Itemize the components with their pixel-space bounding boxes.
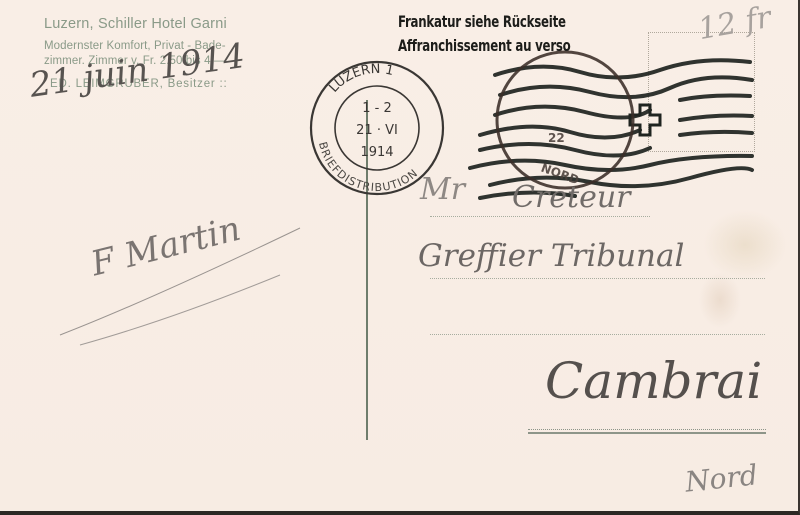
svg-text:LUZERN 1: LUZERN 1 [327,62,396,96]
postcard-back: Luzern, Schiller Hotel Garni Modernster … [0,0,800,515]
svg-text:1914: 1914 [360,145,393,160]
recipient-name: Creteur [512,180,631,215]
recipient-title: Greffier Tribunal [418,238,684,274]
french-postmark: 22 NORD [497,52,633,188]
handwritten-salutation: Mr [420,172,465,207]
machine-cancel-line-2: Affranchissement au verso [398,36,571,55]
wavy-cancel-lines [470,60,752,198]
machine-cancel-line-1: Frankatur siehe Rückseite [398,12,566,31]
svg-text:1 - 2: 1 - 2 [362,101,392,116]
svg-text:21 · VI: 21 · VI [356,123,398,138]
svg-text:22: 22 [548,131,565,145]
recipient-city: Cambrai [545,352,762,410]
